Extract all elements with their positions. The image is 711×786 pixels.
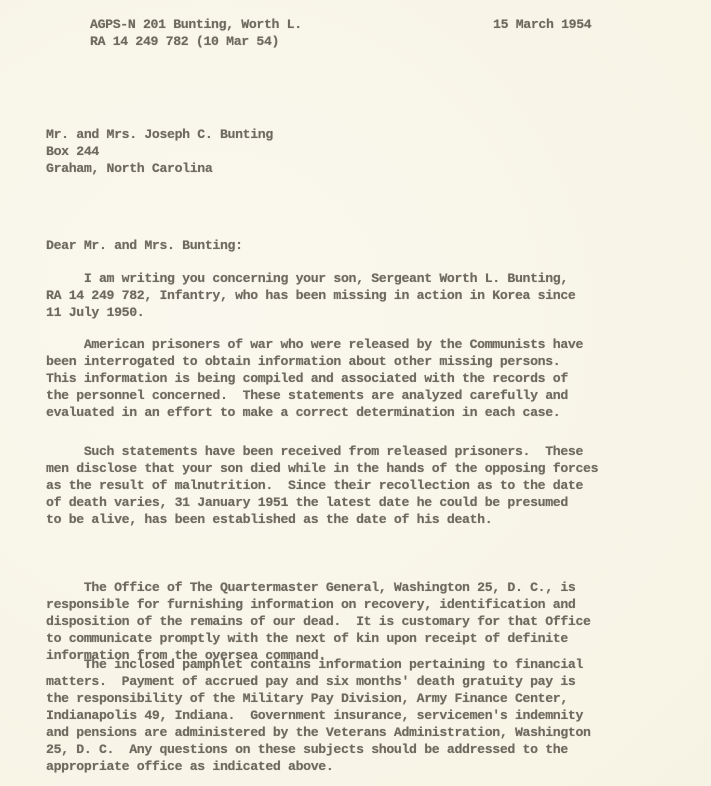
file-reference: AGPS-N 201 Bunting, Worth L. RA 14 249 7… (90, 16, 302, 50)
paragraph-quartermaster: The Office of The Quartermaster General,… (46, 579, 591, 664)
paragraph-death-determination: Such statements have been received from … (46, 443, 598, 528)
letter-date: 15 March 1954 (493, 16, 591, 33)
recipient-address: Mr. and Mrs. Joseph C. Bunting Box 244 G… (46, 126, 273, 177)
paragraph-pow-interrogation: American prisoners of war who were relea… (46, 336, 583, 421)
paragraph-missing-notice: I am writing you concerning your son, Se… (46, 270, 575, 321)
paragraph-financial-matters: The inclosed pamphlet contains informati… (46, 656, 591, 775)
salutation: Dear Mr. and Mrs. Bunting: (46, 237, 243, 254)
letter-page: AGPS-N 201 Bunting, Worth L. RA 14 249 7… (0, 0, 711, 786)
